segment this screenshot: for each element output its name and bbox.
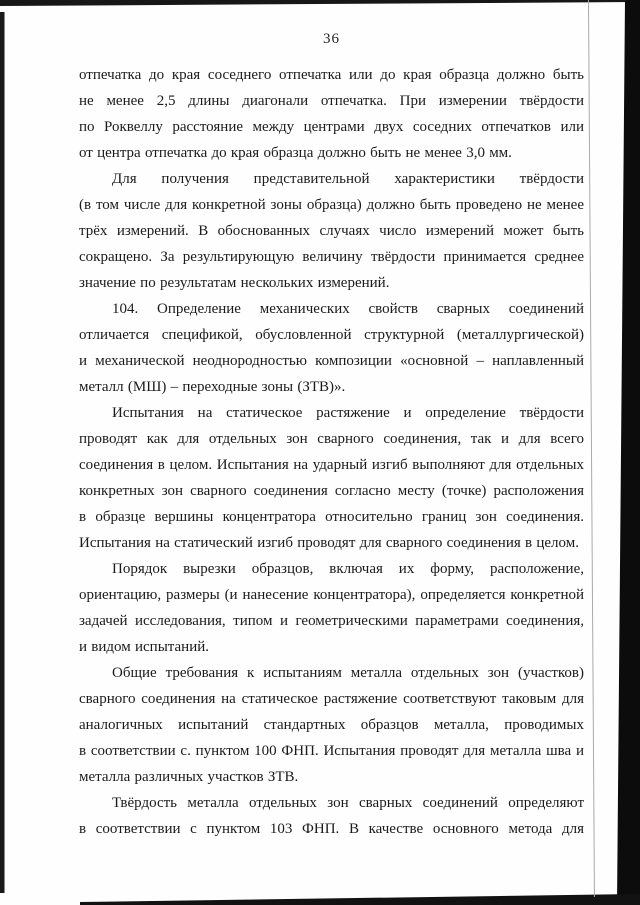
text-line: Для получения представительной характери… bbox=[79, 166, 584, 192]
text-line: в соответствии с пунктом 103 ФНП. В каче… bbox=[79, 816, 584, 842]
text-line: задачей исследования, типом и геометриче… bbox=[79, 608, 584, 634]
text-line: и видом испытаний. bbox=[79, 634, 584, 660]
scan-edge-top bbox=[0, 0, 640, 7]
page-number: 36 bbox=[79, 31, 584, 48]
paragraph: Общие требования к испытаниям металла от… bbox=[79, 660, 584, 790]
text-line: ориентацию, размеры (и нанесение концент… bbox=[79, 582, 584, 608]
text-line: Общие требования к испытаниям металла от… bbox=[79, 660, 584, 686]
text-line: Испытания на статическое растяжение и оп… bbox=[79, 400, 584, 426]
paragraph: отпечатка до края соседнего отпечатка ил… bbox=[79, 62, 584, 166]
text-line: Порядок вырезки образцов, включая их фор… bbox=[79, 556, 584, 582]
text-line: сокращено. За результирующую величину тв… bbox=[79, 244, 584, 270]
paragraph: Испытания на статическое растяжение и оп… bbox=[79, 400, 584, 556]
text-line: конкретных зон сварного соединения согла… bbox=[79, 478, 584, 504]
text-line: металла различных участков ЗТВ. bbox=[79, 764, 584, 790]
text-line: проводят как для отдельных зон сварного … bbox=[79, 426, 584, 452]
text-line: соединения в целом. Испытания на ударный… bbox=[79, 452, 584, 478]
text-line: от центра отпечатка до края образца долж… bbox=[79, 140, 584, 166]
text-line: и механической неоднородностью композици… bbox=[79, 348, 584, 374]
document-page: 36 отпечатка до края соседнего отпечатка… bbox=[0, 0, 640, 905]
text-line: трёх измерений. В обоснованных случаях ч… bbox=[79, 218, 584, 244]
paragraph: Порядок вырезки образцов, включая их фор… bbox=[79, 556, 584, 660]
text-line: сварного соединения на статическое растя… bbox=[79, 686, 584, 712]
scan-edge-right bbox=[610, 0, 640, 905]
paragraph: Твёрдость металла отдельных зон сварных … bbox=[79, 790, 584, 842]
text-line: аналогичных испытаний стандартных образц… bbox=[79, 712, 584, 738]
text-line: 104. Определение механических свойств св… bbox=[79, 296, 584, 322]
text-line: в соответствии с. пунктом 100 ФНП. Испыт… bbox=[79, 738, 584, 764]
text-block: отпечатка до края соседнего отпечатка ил… bbox=[79, 62, 584, 842]
text-line: Твёрдость металла отдельных зон сварных … bbox=[79, 790, 584, 816]
paragraph: 104. Определение механических свойств св… bbox=[79, 296, 584, 400]
page-border-right-line bbox=[588, 0, 595, 897]
text-line: значение по результатам нескольких измер… bbox=[79, 270, 584, 296]
text-line: по Роквеллу расстояние между центрами дв… bbox=[79, 114, 584, 140]
text-line: в образце вершины концентратора относите… bbox=[79, 504, 584, 530]
text-line: Испытания на статический изгиб проводят … bbox=[79, 530, 584, 556]
text-line: отпечатка до края соседнего отпечатка ил… bbox=[79, 62, 584, 88]
text-line: отличается спецификой, обусловленной стр… bbox=[79, 322, 584, 348]
text-line: не менее 2,5 длины диагонали отпечатка. … bbox=[79, 88, 584, 114]
text-line: металл (МШ) – переходные зоны (ЗТВ)». bbox=[79, 374, 584, 400]
text-line: (в том числе для конкретной зоны образца… bbox=[79, 192, 584, 218]
paragraph: Для получения представительной характери… bbox=[79, 166, 584, 296]
scan-edge-bottom bbox=[0, 889, 640, 905]
scan-edge-left bbox=[0, 12, 4, 893]
